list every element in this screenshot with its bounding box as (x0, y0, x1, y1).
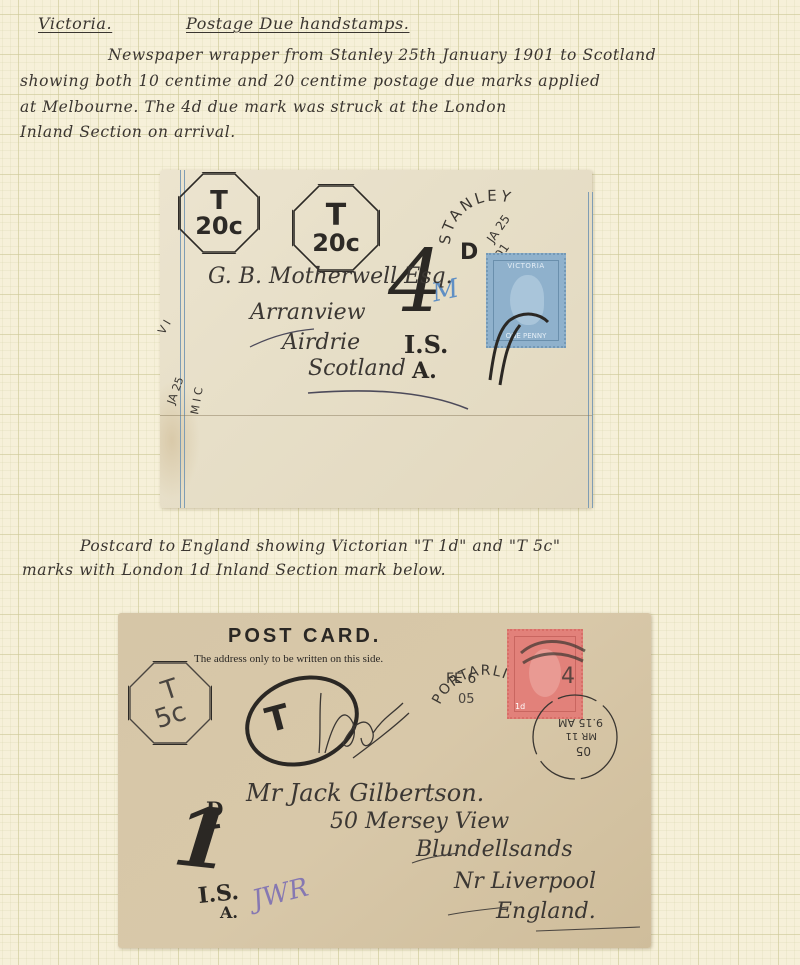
postcard-subtitle: The address only to be written on this s… (194, 653, 383, 665)
arrival-postmark: 05 MR 11 9.15 AM (523, 685, 633, 795)
svg-text:05: 05 (458, 692, 475, 707)
address-flourish (240, 325, 320, 355)
description-line-4: Inland Section on arrival. (20, 123, 236, 141)
svg-text:JA 25: JA 25 (483, 212, 513, 246)
duplex-cancel (480, 300, 550, 390)
svg-text:M I C: M I C (188, 386, 206, 416)
heading-country: Victoria. (38, 14, 112, 33)
underline-flourish (300, 385, 480, 415)
svg-text:FE 6: FE 6 (446, 671, 476, 687)
address-line: Arranview (250, 300, 366, 325)
due-1d-unit: D (206, 797, 223, 821)
postcard-title: POST CARD. (228, 625, 381, 648)
svg-text:MR 11: MR 11 (566, 730, 597, 741)
violet-initials: JWR (249, 873, 311, 916)
stamp-cancel: 4 (513, 633, 593, 693)
address-flourishes (408, 823, 648, 933)
description2-line-1: Postcard to England showing Victorian "T… (80, 537, 561, 555)
partial-postmark-left: V I JA 25 M I C (154, 315, 244, 425)
inland-section-sub: A. (412, 358, 437, 384)
postage-due-5c-mark: T 5c (128, 661, 212, 745)
description-line-2: showing both 10 centime and 20 centime p… (20, 72, 601, 90)
newspaper-wrapper: T 20c T 20c STANLEY JA 25 01 VICTORIA ON… (160, 170, 592, 508)
svg-text:V I: V I (155, 318, 173, 337)
inland-section-mark: I.S. (404, 330, 448, 359)
manuscript-1d-scrawl (313, 683, 413, 763)
heading-title: Postage Due handstamps. (186, 14, 410, 33)
svg-text:05: 05 (576, 744, 591, 758)
address-line: G. B. Motherwell Esq. (208, 264, 453, 289)
inland-section-sub: A. (220, 903, 238, 922)
svg-text:JA 25: JA 25 (164, 375, 186, 407)
border-line (588, 192, 589, 508)
postcard: POST CARD. The address only to be writte… (118, 613, 651, 948)
description-line-1: Newspaper wrapper from Stanley 25th Janu… (108, 46, 656, 64)
description-line-3: at Melbourne. The 4d due mark was struck… (20, 98, 507, 116)
postage-due-20c-mark-left: T 20c (178, 172, 260, 254)
address-line: Mr Jack Gilbertson. (246, 779, 484, 807)
due-4d-unit: D (460, 240, 478, 265)
svg-text:9.15 AM: 9.15 AM (558, 716, 603, 729)
description2-line-2: marks with London 1d Inland Section mark… (22, 561, 446, 579)
address-line: Scotland (308, 356, 406, 381)
border-line (592, 192, 593, 508)
postage-due-20c-mark-right: T 20c (292, 184, 380, 272)
due-1d-numeral: 1 (169, 788, 236, 889)
